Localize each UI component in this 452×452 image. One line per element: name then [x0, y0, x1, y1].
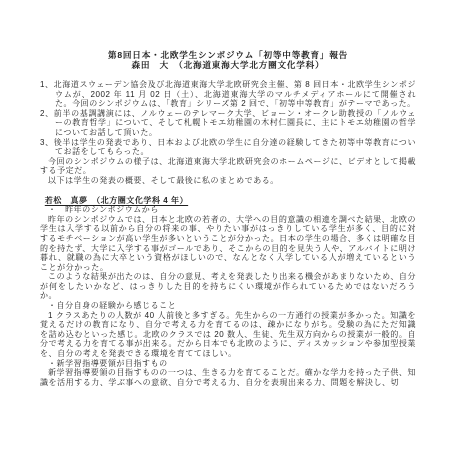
- intro-paragraph-summary: 以下は学生の発表の概要、そして最後に私のまとめである。: [40, 176, 416, 186]
- presenter-heading: 若松 真夢 （北方圏文化学科 4 年）: [40, 196, 416, 206]
- numbered-item-2: 2、前半の基調講演には、ノルウェーのテレマーク大学、ビョーン・オークレ助教授の「…: [40, 109, 416, 138]
- item-number: 2、: [40, 109, 54, 118]
- item-number: 1、: [40, 80, 54, 89]
- bullet-new-curriculum-guidelines: ・新学習指導要領が目指すもの: [40, 359, 416, 369]
- presenter-name-and-affiliation: 若松 真夢 （北方圏文化学科 4 年）: [45, 196, 188, 205]
- bullet-own-experience: ・自分自身の経験から感じること: [40, 301, 416, 311]
- paragraph-new-curriculum-goals: 新学習指導要領の目指すものの一つは、生きる力を育てることだ。確かな学力を持った子…: [40, 368, 416, 387]
- paragraph-class-size: 1 クラスあたりの人数が 40 人前後と多すぎる。先生からの一方通行の授業が多か…: [40, 311, 416, 359]
- item-text: 前半の基調講演には、ノルウェーのテレマーク大学、ビョーン・オークレ助教授の「ノル…: [54, 109, 416, 137]
- item-text: 北海道スウェーデン協会及び北海道東海大学北欧研究会主催、第 8 回日本・北欧学生…: [54, 80, 416, 108]
- item-text: 後半は学生の発表であり、日本および北欧の学生に自分達の経験してきた初等中等教育に…: [54, 138, 416, 157]
- document-page: 第8回日本・北欧学生シンポジウム「初等中等教育」報告 森田 大 （北海道東海大学…: [0, 0, 452, 452]
- paragraph-last-year-findings: 昨年のシンポジウムでは、日本と北欧の若者の、大学への目的意識の相違を調べた結果、…: [40, 215, 416, 273]
- bullet-last-year-symposium: ・ 昨年のシンポジウムから: [40, 205, 416, 215]
- document-author: 森田 大 （北海道東海大学北方圏文化学科）: [40, 60, 416, 70]
- item-number: 3、: [40, 138, 54, 147]
- paragraph-reason-analysis: このような結果が出たのは、自分の意見、考えを発表したり出来る機会があまりないため…: [40, 272, 416, 301]
- intro-paragraph-video: 今回のシンポジウムの様子は、北海道東海大学北欧研究会のホームページに、ビデオとし…: [40, 157, 416, 176]
- numbered-item-1: 1、北海道スウェーデン協会及び北海道東海大学北欧研究会主催、第 8 回日本・北欧…: [40, 80, 416, 109]
- numbered-item-3: 3、後半は学生の発表であり、日本および北欧の学生に自分達の経験してきた初等中等教…: [40, 138, 416, 157]
- document-title: 第8回日本・北欧学生シンポジウム「初等中等教育」報告: [40, 50, 416, 60]
